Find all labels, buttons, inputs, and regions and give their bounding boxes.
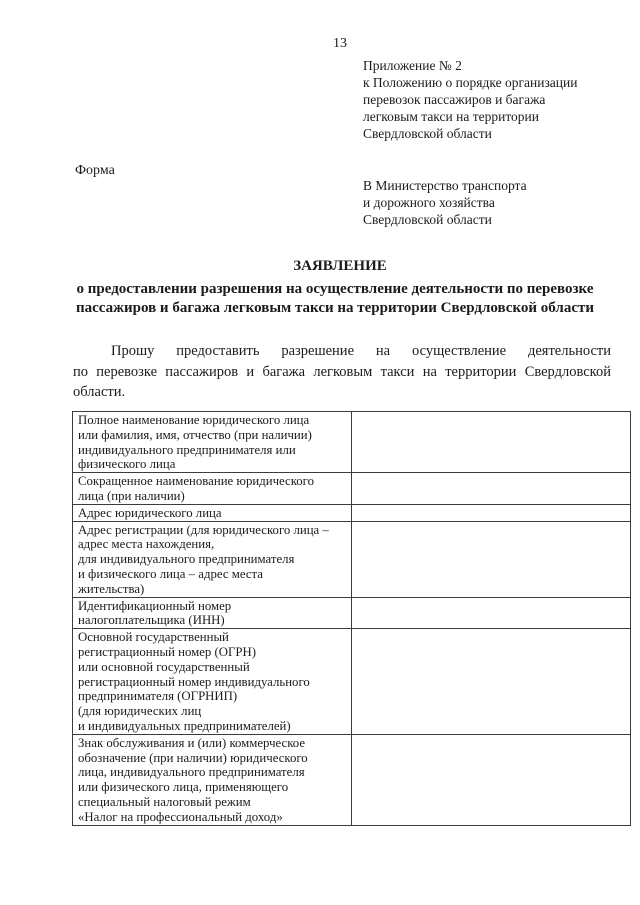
field-label-cell: Знак обслуживания и (или) коммерческое о…	[73, 734, 352, 825]
appendix-block: Приложение № 2 к Положению о порядке орг…	[363, 57, 577, 142]
request-paragraph-line-3: области.	[73, 382, 611, 403]
table-row: Сокращенное наименование юридического ли…	[73, 473, 631, 505]
application-form-table: Полное наименование юридического лица ил…	[72, 411, 631, 826]
field-label-cell: Адрес юридического лица	[73, 504, 352, 521]
addressee-line-2: и дорожного хозяйства	[363, 194, 527, 211]
field-value-cell	[352, 412, 631, 473]
field-label-cell: Полное наименование юридического лица ил…	[73, 412, 352, 473]
form-label: Форма	[75, 163, 115, 179]
field-label-cell: Основной государственный регистрационный…	[73, 629, 352, 735]
field-value-cell	[352, 521, 631, 597]
addressee-line-1: В Министерство транспорта	[363, 177, 527, 194]
document-title: ЗАЯВЛЕНИЕ	[40, 258, 640, 275]
document-page: 13 Приложение № 2 к Положению о порядке …	[0, 0, 640, 905]
table-row: Знак обслуживания и (или) коммерческое о…	[73, 734, 631, 825]
appendix-line-4: легковым такси на территории	[363, 108, 577, 125]
field-label-cell: Идентификационный номер налогоплательщик…	[73, 597, 352, 629]
field-value-cell	[352, 504, 631, 521]
field-value-cell	[352, 473, 631, 505]
request-paragraph-line-2: по перевозке пассажиров и багажа легковы…	[73, 362, 611, 383]
table-row: Полное наименование юридического лица ил…	[73, 412, 631, 473]
addressee-block: В Министерство транспорта и дорожного хо…	[363, 177, 527, 228]
document-subtitle-line-2: пассажиров и багажа легковым такси на те…	[30, 299, 640, 318]
request-paragraph-line-1: Прошу предоставить разрешение на осущест…	[73, 341, 611, 362]
document-subtitle-line-1: о предоставлении разрешения на осуществл…	[30, 280, 640, 299]
table-row: Основной государственный регистрационный…	[73, 629, 631, 735]
appendix-line-5: Свердловской области	[363, 125, 577, 142]
table-row: Идентификационный номер налогоплательщик…	[73, 597, 631, 629]
appendix-line-1: Приложение № 2	[363, 57, 577, 74]
document-subtitle: о предоставлении разрешения на осуществл…	[30, 280, 640, 317]
appendix-line-3: перевозок пассажиров и багажа	[363, 91, 577, 108]
request-paragraph: Прошу предоставить разрешение на осущест…	[73, 341, 611, 403]
appendix-line-2: к Положению о порядке организации	[363, 74, 577, 91]
addressee-line-3: Свердловской области	[363, 211, 527, 228]
page-number: 13	[40, 36, 640, 52]
field-value-cell	[352, 597, 631, 629]
field-label-cell: Адрес регистрации (для юридического лица…	[73, 521, 352, 597]
field-value-cell	[352, 734, 631, 825]
field-label-cell: Сокращенное наименование юридического ли…	[73, 473, 352, 505]
table-row: Адрес регистрации (для юридического лица…	[73, 521, 631, 597]
field-value-cell	[352, 629, 631, 735]
table-row: Адрес юридического лица	[73, 504, 631, 521]
